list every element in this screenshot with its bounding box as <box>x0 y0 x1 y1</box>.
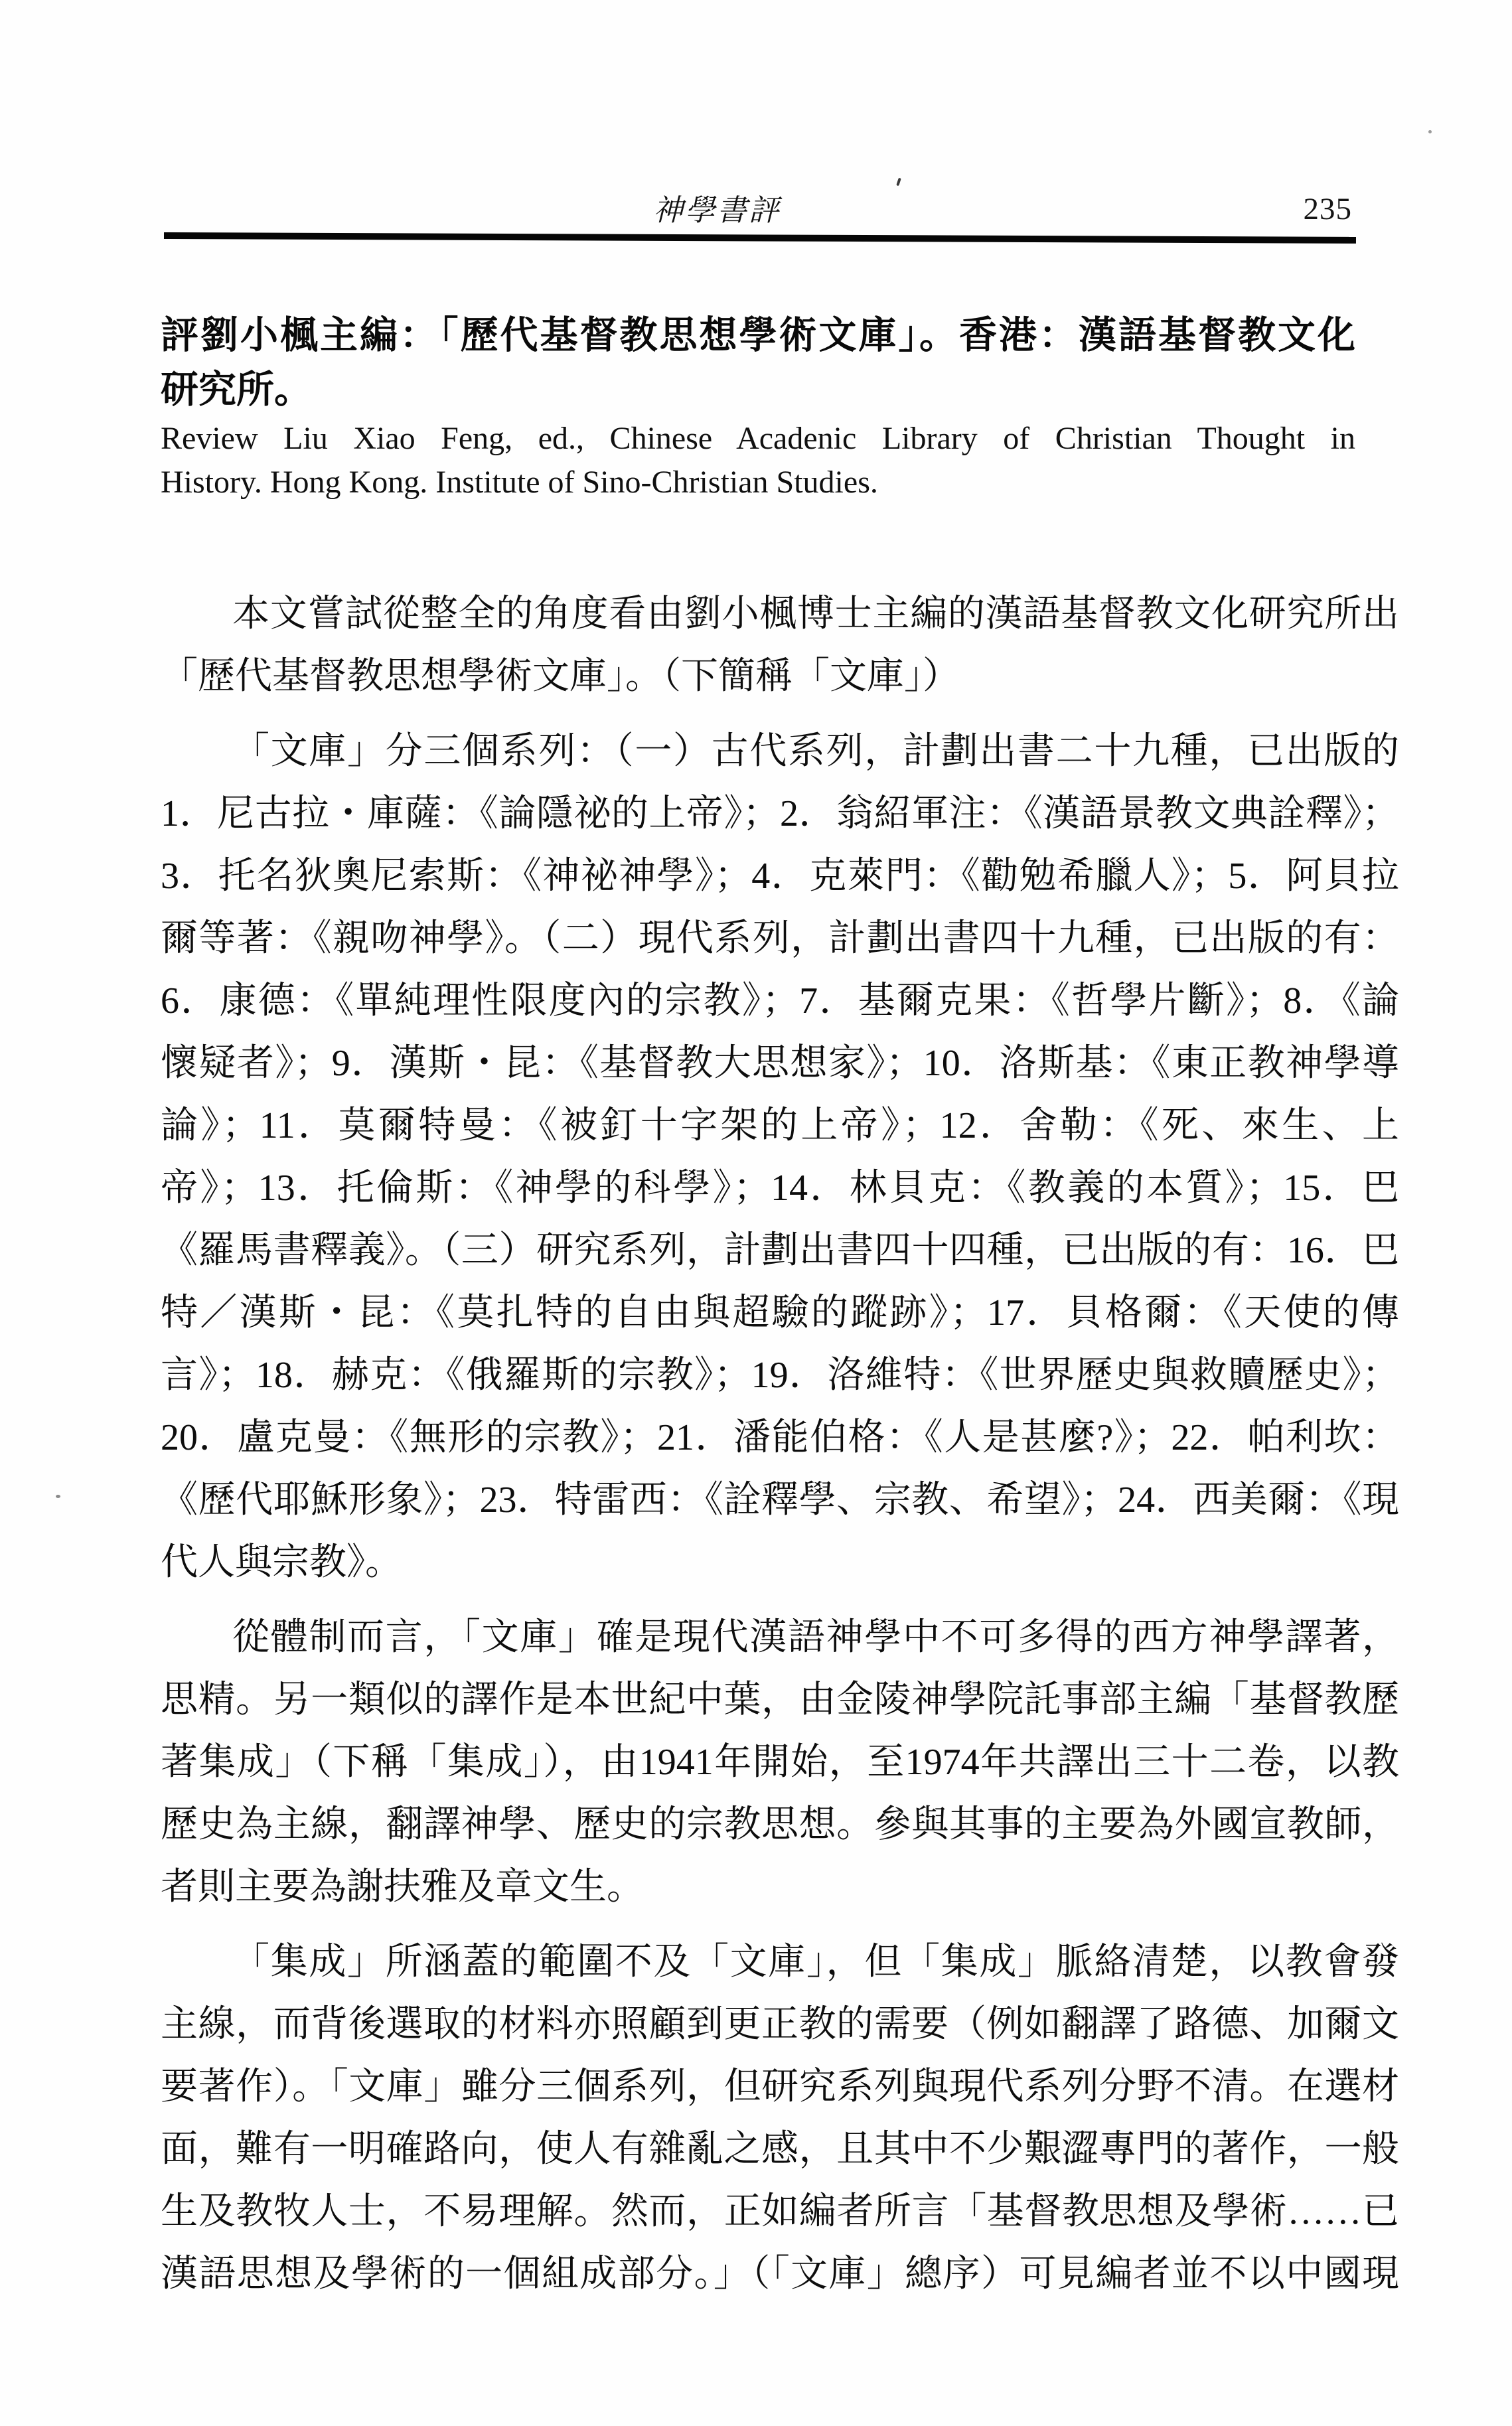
body-line: 6．康德：《單純理性限度內的宗教》；7．基爾克果：《哲學片斷》；8．《論 <box>161 970 1399 1032</box>
body-line: 帝》；13．托倫斯：《神學的科學》；14．林貝克：《教義的本質》；15．巴特： <box>161 1157 1399 1219</box>
body-line: 主線，而背後選取的材料亦照顧到更正教的需要（例如翻譯了路德、加爾文等重 <box>161 1993 1399 2056</box>
body-line: 代人與宗教》。 <box>161 1531 1399 1594</box>
journal-title: 神學書評 <box>653 186 781 229</box>
paragraph-4: 「集成」所涵蓋的範圍不及「文庫」，但「集成」脈絡清楚，以教會發展為 主線，而背後… <box>161 1931 1399 2305</box>
scan-speck <box>1428 130 1432 133</box>
body-line: 思精。另一類似的譯作是本世紀中葉，由金陵神學院託事部主編「基督教歷代名 <box>161 1669 1399 1731</box>
review-title-en-line: History. Hong Kong. Institute of Sino-Ch… <box>161 461 1355 504</box>
body-line: 要著作）。「文庫」雖分三個系列，但研究系列與現代系列分野不清。在選材方 <box>161 2056 1399 2118</box>
body-line: 漢語思想及學術的一個組成部分。」（「文庫」總序）可見編者並不以中國現今 <box>161 2243 1399 2305</box>
running-head: 神學書評 <box>161 186 1355 226</box>
body-line: 著集成」（下稱「集成」），由1941年開始，至1974年共譯出三十二卷，以教會 <box>161 1731 1399 1793</box>
body-line: 歷史為主線，翻譯神學、歷史的宗教思想。參與其事的主要為外國宣教師，而譯 <box>161 1793 1399 1856</box>
review-title-english: Review Liu Xiao Feng, ed., Chinese Acade… <box>161 417 1355 504</box>
body-line: 言》；18．赫克：《俄羅斯的宗教》；19．洛維特：《世界歷史與救贖歷史》； <box>161 1344 1399 1406</box>
review-title-line: 評劉小楓主編：「歷代基督教思想學術文庫」。香港：漢語基督教文化 <box>161 309 1355 363</box>
scan-speck <box>896 178 901 187</box>
body-line: 20．盧克曼：《無形的宗教》；21．潘能伯格：《人是甚麼?》；22．帕利坎： <box>161 1406 1399 1469</box>
body-line: 特／漢斯・昆：《莫扎特的自由與超驗的蹤跡》；17．貝格爾：《天使的傳 <box>161 1282 1399 1344</box>
body-line: 爾等著：《親吻神學》。（二）現代系列，計劃出書四十九種，已出版的有： <box>161 907 1399 970</box>
body-line: 生及教牧人士，不易理解。然而，正如編者所言「基督教思想及學術……已成為 <box>161 2180 1399 2243</box>
body-line: 3．托名狄奧尼索斯：《神祕神學》；4．克萊門：《勸勉希臘人》；5．阿貝拉 <box>161 845 1399 907</box>
body-line: 本文嘗試從整全的角度看由劉小楓博士主編的漢語基督教文化研究所出版的 <box>161 583 1399 645</box>
body-line: 從體制而言，「文庫」確是現代漢語神學中不可多得的西方神學譯著，體大 <box>161 1606 1399 1669</box>
review-title-en-line: Review Liu Xiao Feng, ed., Chinese Acade… <box>161 417 1355 461</box>
header-rule <box>164 232 1356 244</box>
body-line: 「文庫」分三個系列：（一）古代系列，計劃出書二十九種，已出版的有： <box>161 720 1399 783</box>
body-line: 者則主要為謝扶雅及章文生。 <box>161 1856 1399 1918</box>
review-body: 本文嘗試從整全的角度看由劉小楓博士主編的漢語基督教文化研究所出版的 「歷代基督教… <box>161 583 1399 2305</box>
body-line: 《羅馬書釋義》。（三）研究系列，計劃出書四十四種，已出版的有：16．巴 <box>161 1219 1399 1282</box>
body-line: 面，難有一明確路向，使人有雜亂之感，且其中不少艱澀專門的著作，一般神學 <box>161 2118 1399 2180</box>
review-title-line: 研究所。 <box>161 363 1355 417</box>
paragraph-1: 本文嘗試從整全的角度看由劉小楓博士主編的漢語基督教文化研究所出版的 「歷代基督教… <box>161 583 1399 708</box>
body-line: 論》；11．莫爾特曼：《被釘十字架的上帝》；12．舍勒：《死、來生、上 <box>161 1095 1399 1157</box>
body-line: 懷疑者》；9．漢斯・昆：《基督教大思想家》；10．洛斯基：《東正教神學導 <box>161 1032 1399 1095</box>
body-line: 「歷代基督教思想學術文庫」。（下簡稱「文庫」） <box>161 645 1399 708</box>
body-line: 《歷代耶穌形象》；23．特雷西：《詮釋學、宗教、希望》；24．西美爾：《現 <box>161 1469 1399 1531</box>
page-number: 235 <box>1304 191 1353 227</box>
body-line: 「集成」所涵蓋的範圍不及「文庫」，但「集成」脈絡清楚，以教會發展為 <box>161 1931 1399 1993</box>
paragraph-2: 「文庫」分三個系列：（一）古代系列，計劃出書二十九種，已出版的有： 1．尼古拉・… <box>161 720 1399 1594</box>
review-title-chinese: 評劉小楓主編：「歷代基督教思想學術文庫」。香港：漢語基督教文化 研究所。 <box>161 309 1355 417</box>
scan-speck <box>56 1495 60 1498</box>
paragraph-3: 從體制而言，「文庫」確是現代漢語神學中不可多得的西方神學譯著，體大 思精。另一類… <box>161 1606 1399 1918</box>
body-line: 1．尼古拉・庫薩：《論隱祕的上帝》；2．翁紹軍注：《漢語景教文典詮釋》； <box>161 783 1399 845</box>
scanned-page: 神學書評 235 評劉小楓主編：「歷代基督教思想學術文庫」。香港：漢語基督教文化… <box>0 0 1512 2426</box>
